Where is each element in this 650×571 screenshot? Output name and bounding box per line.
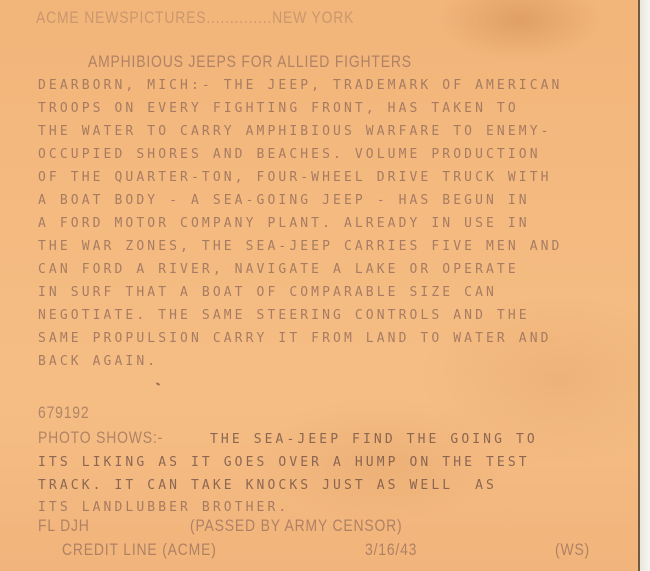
date: 3/16/43 — [365, 540, 417, 560]
photo-shows-line-1: THE SEA-JEEP FIND THE GOING TO — [210, 432, 538, 447]
body-line-10: IN SURF THAT A BOAT OF COMPARABLE SIZE C… — [38, 285, 497, 300]
body-line-12: SAME PROPULSION CARRY IT FROM LAND TO WA… — [38, 331, 552, 346]
photo-shows-label: PHOTO SHOWS:- — [38, 428, 163, 448]
header-line: ACME NEWSPICTURES..............NEW YORK — [36, 8, 354, 28]
body-line-11: NEGOTIATE. THE SAME STEERING CONTROLS AN… — [38, 308, 530, 323]
photo-shows-line-2: ITS LIKING AS IT GOES OVER A HUMP ON THE… — [38, 455, 530, 470]
paper-speck — [156, 382, 160, 386]
body-line-13: BACK AGAIN. — [38, 354, 158, 369]
code: (WS) — [555, 540, 590, 560]
body-line-9: CAN FORD A RIVER, NAVIGATE A LAKE OR OPE… — [38, 262, 519, 277]
credit-line: CREDIT LINE (ACME) — [62, 540, 217, 560]
body-line-8: THE WAR ZONES, THE SEA-JEEP CARRIES FIVE… — [38, 239, 562, 254]
background-edge — [640, 0, 650, 571]
body-line-1: DEARBORN, MICH:- THE JEEP, TRADEMARK OF … — [38, 78, 562, 93]
photo-number: 679192 — [38, 403, 89, 423]
headline: AMPHIBIOUS JEEPS FOR ALLIED FIGHTERS — [88, 52, 412, 72]
body-line-2: TROOPS ON EVERY FIGHTING FRONT, HAS TAKE… — [38, 101, 519, 116]
body-line-5: OF THE QUARTER-TON, FOUR-WHEEL DRIVE TRU… — [38, 170, 552, 185]
body-line-3: THE WATER TO CARRY AMPHIBIOUS WARFARE TO… — [38, 124, 552, 139]
photo-shows-line-4: ITS LANDLUBBER BROTHER. — [38, 500, 289, 515]
censor-note: (PASSED BY ARMY CENSOR) — [190, 516, 403, 536]
caption-paper: ACME NEWSPICTURES..............NEW YORK … — [0, 0, 640, 571]
photo-shows-line-3: TRACK. IT CAN TAKE KNOCKS JUST AS WELL A… — [38, 478, 497, 493]
body-line-4: OCCUPIED SHORES AND BEACHES. VOLUME PROD… — [38, 147, 541, 162]
body-line-6: A BOAT BODY - A SEA-GOING JEEP - HAS BEG… — [38, 193, 530, 208]
body-line-7: A FORD MOTOR COMPANY PLANT. ALREADY IN U… — [38, 216, 530, 231]
initials: FL DJH — [38, 516, 90, 536]
